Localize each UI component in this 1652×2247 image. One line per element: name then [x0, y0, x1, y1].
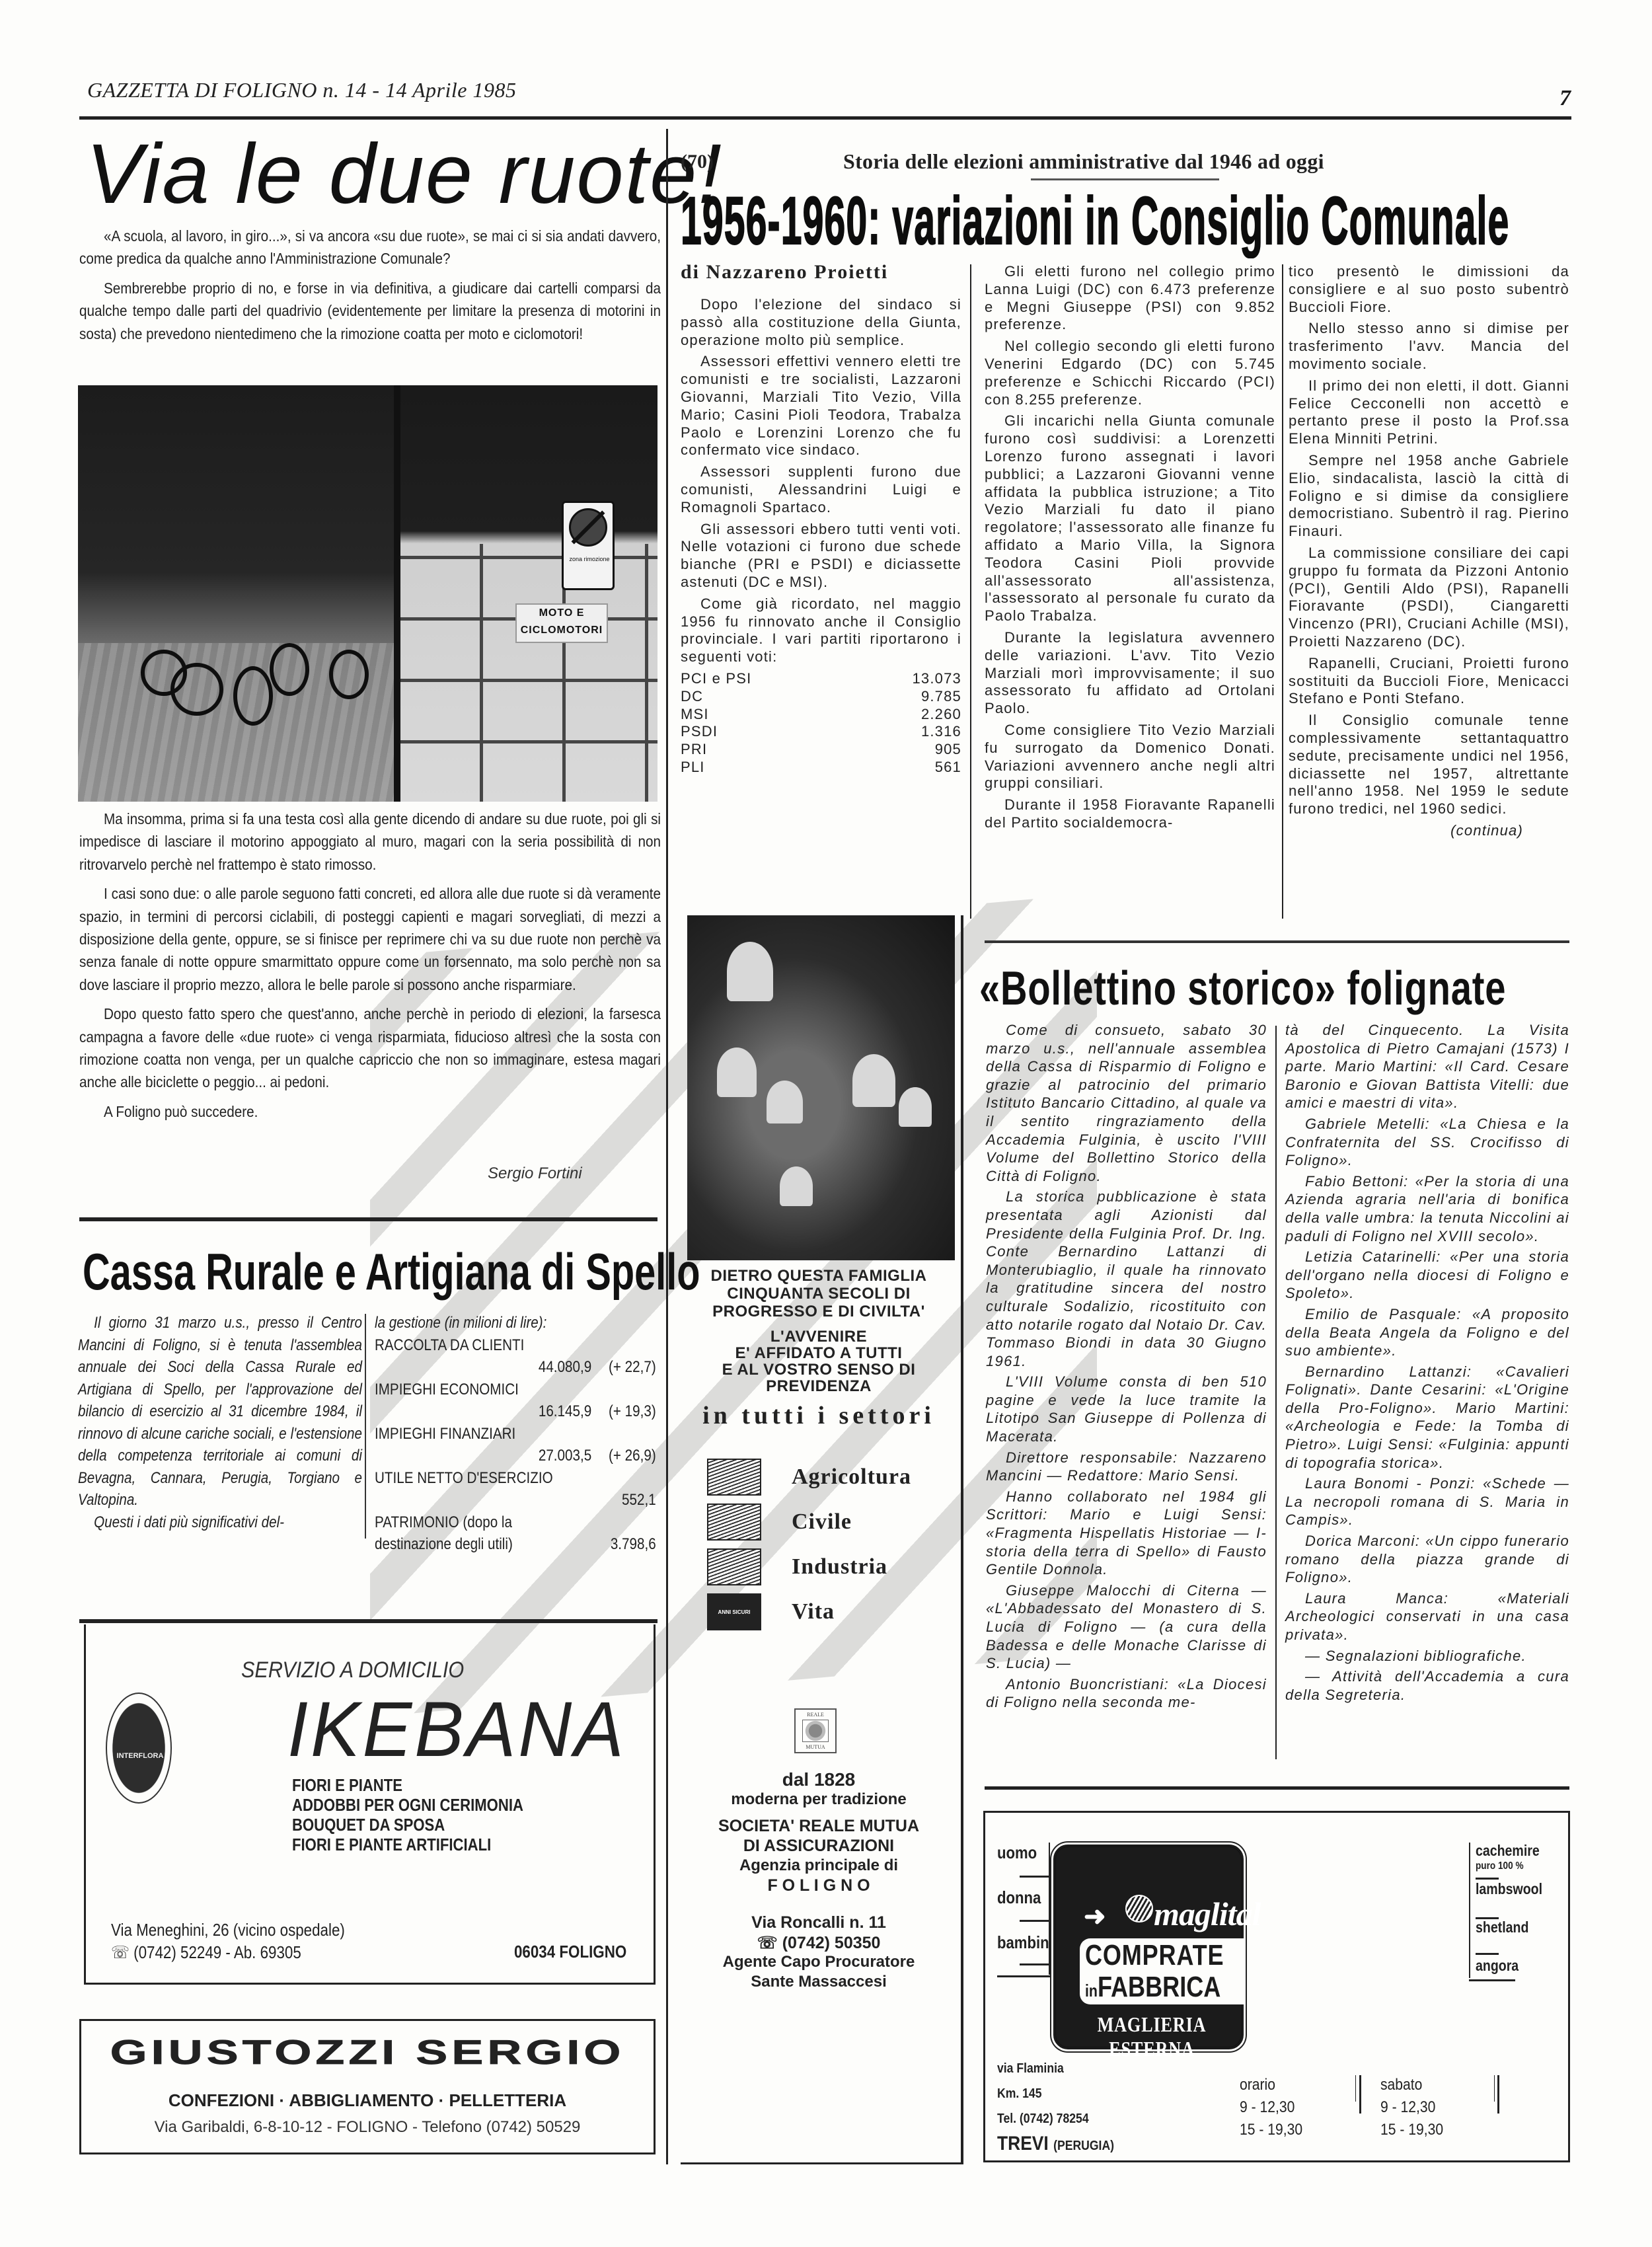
ad-service-line: SERVIZIO A DOMICILIO	[241, 1657, 464, 1683]
ad-ikebana: SERVIZIO A DOMICILIO INTERFLORA IKEBANA …	[84, 1624, 656, 1985]
paragraph: Antonio Buoncristiani: «La Diocesi di Fo…	[986, 1675, 1267, 1712]
headline-line: PROGRESSO E DI CIVILTA'	[681, 1303, 957, 1320]
sector-agricoltura: Agricoltura	[707, 1459, 911, 1496]
figure-change: (+ 22,7)	[609, 1356, 656, 1379]
hours-label: sabato	[1380, 2074, 1443, 2096]
hours-row: 15 - 19,30	[1240, 2119, 1302, 2141]
article-title-ruote: Via le due ruote!	[86, 132, 723, 217]
paragraph: Come di consueto, sabato 30 marzo u.s., …	[986, 1021, 1267, 1185]
party: PRI	[681, 741, 707, 759]
plate-line: MOTO E	[517, 605, 607, 622]
divider	[1476, 1878, 1499, 1880]
votes-row: MSI2.260	[681, 706, 961, 724]
figure-label: IMPIEGHI ECONOMICI	[375, 1379, 656, 1401]
ad-address: Via Garibaldi, 6-8-10-12 - FOLIGNO - Tel…	[81, 2118, 654, 2137]
byline: Sergio Fortini	[488, 1164, 582, 1183]
paragraph: Letizia Catarinelli: «Per una storia del…	[1285, 1248, 1569, 1303]
paragraph: Sembrerebbe proprio di no, e forse in vi…	[79, 277, 661, 345]
vote-count: 561	[935, 759, 961, 777]
figure-item: IMPIEGHI ECONOMICI 16.145,9(+ 19,3)	[375, 1379, 656, 1423]
ad-company: SOCIETA' REALE MUTUA	[681, 1817, 957, 1836]
gear-icon	[707, 1548, 761, 1585]
paragraph: — Attività dell'Accademia a cura della S…	[1285, 1667, 1569, 1704]
anni-sicuri-icon: ANNI SICURI	[707, 1593, 761, 1630]
reale-mutua-crest-icon: REALE MUTUA	[794, 1708, 837, 1753]
paragraph: Durante il 1958 Fioravante Rapanelli del…	[985, 796, 1275, 832]
party: DC	[681, 688, 703, 706]
paragraph: Dopo questo fatto spero che quest'anno, …	[79, 1003, 661, 1094]
paragraph: Emilio de Pasquale: «A proposito della B…	[1285, 1305, 1569, 1360]
paragraph: Assessori effettivi vennero eletti tre c…	[681, 353, 961, 459]
votes-row: PRI905	[681, 741, 961, 759]
figure-change: (+ 26,9)	[609, 1445, 656, 1467]
article-column-1: Come di consueto, sabato 30 marzo u.s., …	[986, 1021, 1267, 1714]
photo-mopeds-sign: zona rimozione MOTO E CICLOMOTORI	[78, 385, 657, 802]
moped-wheel-icon	[233, 666, 273, 726]
paragraph: Durante la legislatura avvennero delle v…	[985, 629, 1275, 718]
column-divider	[1282, 264, 1283, 919]
paragraph: Il Consiglio comunale tenne complessivam…	[1289, 712, 1569, 818]
list-item: uomo	[997, 1843, 1042, 1887]
ad-slogan: COMPRATE	[1085, 1941, 1224, 1970]
ad-city: F O L I G N O	[681, 1876, 957, 1895]
column-divider	[970, 264, 971, 919]
service-item: BOUQUET DA SPOSA	[292, 1815, 523, 1835]
column-divider	[666, 129, 668, 2164]
sector-label: Vita	[792, 1599, 835, 1624]
list-item: lambswool	[1476, 1881, 1549, 1919]
votes-row: PSDI1.316	[681, 723, 961, 741]
list-item: bambino	[997, 1932, 1042, 1977]
paragraph: La commissione consiliare dei capi grupp…	[1289, 545, 1569, 651]
ad-address: via Flaminia Km. 145 Tel. (0742) 78254 T…	[997, 2056, 1114, 2158]
sector-vita: ANNI SICURI Vita	[707, 1593, 835, 1630]
divider	[1020, 1963, 1049, 1965]
ad-company: DI ASSICURAZIONI	[681, 1837, 957, 1856]
ad-tagline: moderna per tradizione	[681, 1790, 957, 1809]
hours-row: 9 - 12,30	[1240, 2096, 1302, 2119]
paragraph: Giuseppe Malocchi di Citerna — «L'Abbade…	[986, 1581, 1267, 1673]
ad-services-list: FIORI E PIANTE ADDOBBI PER OGNI CERIMONI…	[292, 1775, 523, 1854]
sector-industria: Industria	[707, 1548, 887, 1585]
article-column-1: Dopo l'elezione del sindaco si passò all…	[681, 296, 961, 777]
figure-item: UTILE NETTO D'ESERCIZIO 552,1	[375, 1467, 656, 1511]
paragraph: Come consigliere Tito Vezio Marziali fu …	[985, 722, 1275, 792]
figure-head	[767, 1081, 803, 1123]
figure-item: RACCOLTA DA CLIENTI 44.080,9(+ 22,7)	[375, 1334, 656, 1379]
moped-wheel-icon	[170, 663, 223, 716]
figure-change: (+ 19,3)	[609, 1400, 656, 1423]
headline-line: PREVIDENZA	[681, 1378, 957, 1394]
divider	[1476, 1953, 1499, 1955]
party: PSDI	[681, 723, 718, 741]
service-item: FIORI E PIANTE ARTIFICIALI	[292, 1835, 523, 1854]
article-column-2: tà del Cinquecento. La Visita Apostolica…	[1285, 1021, 1569, 1706]
divider	[997, 1975, 1050, 1977]
divider	[1359, 2075, 1361, 2114]
ad-right-list: cachemirepuro 100 % lambswool shetland a…	[1476, 1843, 1561, 1996]
sectors-title: in tutti i settori	[681, 1401, 957, 1430]
paragraph: Dopo l'elezione del sindaco si passò all…	[681, 296, 961, 349]
list-item: angora	[1476, 1958, 1549, 1996]
column-divider	[365, 1314, 366, 1539]
paragraph: Gabriele Metelli: «La Chiesa e la Confra…	[1285, 1115, 1569, 1170]
paragraph: Laura Manca: «Materiali Archeologici con…	[1285, 1589, 1569, 1644]
ad-city: 06034 FOLIGNO	[514, 1942, 626, 1962]
saturday-hours: sabato 9 - 12,30 15 - 19,30	[1380, 2074, 1443, 2141]
figure-label: IMPIEGHI FINANZIARI	[375, 1423, 656, 1445]
photo-tiles	[400, 544, 657, 802]
ad-slogan: inFABBRICA	[1085, 1973, 1220, 2002]
family-house-icon	[707, 1504, 761, 1541]
paragraph: I casi sono due: o alle parole seguono f…	[79, 882, 661, 996]
ad-agent-name: Sante Massaccesi	[681, 1973, 957, 1991]
series-number: (70)	[681, 151, 714, 173]
party: PLI	[681, 759, 705, 777]
paragraph: — Segnalazioni bibliografiche.	[1285, 1647, 1569, 1665]
ad-brand: GIUSTOZZI SERGIO	[81, 2036, 654, 2070]
paragraph: tà del Cinquecento. La Visita Apostolica…	[1285, 1021, 1569, 1112]
votes-row: DC9.785	[681, 688, 961, 706]
article-headline-elezioni: 1956-1960: variazioni in Consiglio Comun…	[681, 187, 1509, 254]
family-photo	[687, 915, 955, 1260]
header-rule	[79, 116, 1571, 120]
paragraph: Direttore responsabile: Nazzareno Mancin…	[986, 1449, 1267, 1485]
figure-head	[717, 1047, 757, 1097]
headline-line: E AL VOSTRO SENSO DI	[681, 1361, 957, 1378]
paragraph: Rapanelli, Cruciani, Proietti furono sos…	[1289, 655, 1569, 708]
paragraph: tico presentò le dimissioni da consiglie…	[1289, 263, 1569, 316]
list-item: donna	[997, 1887, 1042, 1932]
divider	[1497, 2075, 1499, 2114]
article-column-3: tico presentò le dimissioni da consiglie…	[1289, 263, 1569, 840]
address-line: Via Meneghini, 26 (vicino ospedale)	[111, 1919, 345, 1941]
figure-item: IMPIEGHI FINANZIARI 27.003,5(+ 26,9)	[375, 1423, 656, 1467]
ad-maglital: uomo donna bambino ➜ maglital COMPRATE i…	[983, 1811, 1570, 2162]
paragraph: Nel collegio secondo gli eletti furono V…	[985, 338, 1275, 408]
paragraph: Gli incarichi nella Giunta comunale furo…	[985, 412, 1275, 625]
photo-divider	[394, 385, 400, 802]
moped-wheel-icon	[270, 643, 309, 696]
plate-line: CICLOMOTORI	[517, 622, 607, 639]
ad-left-list: uomo donna bambino	[997, 1843, 1050, 1977]
divider	[1476, 1917, 1499, 1919]
votes-row: PLI561	[681, 759, 961, 777]
address-line: Km. 145	[997, 2081, 1114, 2106]
continued-marker: (continua)	[1289, 822, 1569, 840]
vote-count: 13.073	[913, 670, 962, 688]
paragraph: «A scuola, al lavoro, in giro...», si va…	[79, 225, 661, 270]
ad-giustozzi: GIUSTOZZI SERGIO CONFEZIONI · ABBIGLIAME…	[79, 2019, 656, 2154]
column-divider	[1275, 1026, 1277, 1759]
paragraph: A Foligno può succedere.	[79, 1100, 661, 1123]
byline: di Nazzareno Proietti	[681, 261, 888, 284]
ad-product: MAGLIERIA ESTERNA	[1084, 2012, 1220, 2061]
list-item: cachemirepuro 100 %	[1476, 1843, 1549, 1881]
kicker-rule	[1031, 178, 1219, 180]
paragraph: Gli eletti furono nel collegio primo Lan…	[985, 263, 1275, 334]
figure-value: 3.798,6	[611, 1533, 656, 1556]
paragraph: Fabio Bettoni: «Per la storia di una Azi…	[1285, 1172, 1569, 1245]
article-title-bollettino: «Bollettino storico» folignate	[979, 965, 1506, 1012]
divider	[1020, 1876, 1049, 1878]
masthead: GAZZETTA DI FOLIGNO n. 14 - 14 Aprile 19…	[87, 78, 516, 102]
service-item: ADDOBBI PER OGNI CERIMONIA	[292, 1795, 523, 1815]
divider	[1469, 1979, 1515, 1981]
figure-head	[780, 1166, 813, 1206]
paragraph: L'VIII Volume consta di ben 510 pagine e…	[986, 1373, 1267, 1445]
ad-headline: DIETRO QUESTA FAMIGLIA CINQUANTA SECOLI …	[681, 1267, 957, 1320]
votes-table: PCI e PSI13.073 DC9.785 MSI2.260 PSDI1.3…	[681, 670, 961, 777]
paragraph: Hanno collaborato nel 1984 gli Scrittori…	[986, 1488, 1267, 1579]
headline-line: E' AFFIDATO A TUTTI	[681, 1345, 957, 1361]
opening-hours: orario 9 - 12,30 15 - 19,30	[1240, 2074, 1302, 2141]
paragraph: Gli assessori ebbero tutti venti voti. N…	[681, 521, 961, 591]
article-title-cassa: Cassa Rurale e Artigiana di Spello	[83, 1246, 700, 1297]
figure-head	[899, 1087, 932, 1127]
sign-text: zona rimozione	[565, 556, 614, 562]
phone-line: Tel. (0742) 78254	[997, 2106, 1114, 2131]
vote-count: 1.316	[921, 723, 961, 741]
ad-categories: CONFEZIONI · ABBIGLIAMENTO · PELLETTERIA	[81, 2090, 654, 2111]
headline-line: L'AVVENIRE	[681, 1328, 957, 1345]
paragraph: Sempre nel 1958 anche Gabriele Elio, sin…	[1289, 452, 1569, 541]
ad-brand: IKEBANA	[287, 1691, 626, 1769]
figures-lead: la gestione (in milioni di lire):	[375, 1312, 656, 1334]
sector-label: Industria	[792, 1554, 887, 1580]
vote-count: 2.260	[921, 706, 961, 724]
ad-address: Via Meneghini, 26 (vicino ospedale) ☏ (0…	[111, 1919, 345, 1963]
list-item: shetland	[1476, 1919, 1549, 1958]
cassa-figures: la gestione (in milioni di lire): RACCOL…	[375, 1312, 656, 1556]
article-body-cassa: Il giorno 31 marzo u.s., presso il Centr…	[78, 1312, 362, 1533]
ad-agent-role: Agente Capo Procuratore	[681, 1953, 957, 1971]
figure-head	[727, 942, 773, 1001]
figure-value: 16.145,9	[539, 1400, 591, 1423]
paragraph: Nello stesso anno si dimise per trasferi…	[1289, 320, 1569, 373]
divider	[1049, 1843, 1050, 1975]
ad-address: Via Roncalli n. 11	[681, 1913, 957, 1932]
sector-label: Civile	[792, 1509, 852, 1535]
article-body-ruote: Ma insomma, prima si fa una testa così a…	[79, 808, 661, 1129]
ad-phone: ☏ (0742) 50350	[681, 1933, 957, 1953]
figure-label: PATRIMONIO (dopo la destinazione degli u…	[375, 1511, 568, 1556]
figure-head	[852, 1054, 895, 1107]
section-rule	[79, 1619, 657, 1623]
section-rule	[985, 1786, 1569, 1790]
paragraph: Come già ricordato, nel maggio 1956 fu r…	[681, 595, 961, 666]
article-intro-ruote: «A scuola, al lavoro, in giro...», si va…	[79, 225, 661, 352]
headline-line: DIETRO QUESTA FAMIGLIA	[681, 1267, 957, 1285]
party: PCI e PSI	[681, 670, 751, 688]
vote-count: 905	[935, 741, 961, 759]
maglital-logo-box: ➜ maglital COMPRATE inFABBRICA MAGLIERIA…	[1053, 1845, 1244, 2049]
paragraph: Ma insomma, prima si fa una testa così a…	[79, 808, 661, 876]
service-item: FIORI E PIANTE	[292, 1775, 523, 1795]
paragraph: Dorica Marconi: «Un cippo funerario roma…	[1285, 1532, 1569, 1587]
agriculture-icon	[707, 1459, 761, 1496]
sector-civile: Civile	[707, 1504, 852, 1541]
headline-line: CINQUANTA SECOLI DI	[681, 1285, 957, 1303]
city-line: TREVI (PERUGIA)	[997, 2131, 1114, 2158]
section-rule	[985, 940, 1569, 943]
vote-count: 9.785	[921, 688, 961, 706]
moped-wheel-icon	[329, 650, 369, 699]
paragraph: Bernardino Lattanzi: «Cavalieri Folignat…	[1285, 1363, 1569, 1472]
hours-row: 9 - 12,30	[1380, 2096, 1443, 2119]
paragraph: Laura Bonomi - Ponzi: «Schede — La necro…	[1285, 1474, 1569, 1529]
address-line: via Flaminia	[997, 2056, 1114, 2081]
figure-value: 552,1	[622, 1489, 656, 1511]
party: MSI	[681, 706, 709, 724]
paragraph: Il primo dei non eletti, il dott. Gianni…	[1289, 377, 1569, 448]
sector-label: Agricoltura	[792, 1465, 911, 1490]
ad-subheadline: L'AVVENIRE E' AFFIDATO A TUTTI E AL VOST…	[681, 1328, 957, 1394]
hours-row: 15 - 19,30	[1380, 2119, 1443, 2141]
paragraph: Assessori supplenti furono due comunisti…	[681, 463, 961, 516]
divider	[1020, 1920, 1049, 1922]
figure-item: PATRIMONIO (dopo la destinazione degli u…	[375, 1511, 656, 1556]
ad-reale-mutua: DIETRO QUESTA FAMIGLIA CINQUANTA SECOLI …	[681, 915, 963, 2164]
paragraph: Questi i dati più significativi del-	[78, 1511, 362, 1534]
interflora-logo-icon: INTERFLORA	[106, 1693, 172, 1804]
page-number: 7	[1559, 86, 1571, 111]
arrow-right-icon: ➜	[1084, 1901, 1106, 1932]
yarn-ball-icon	[1125, 1895, 1153, 1923]
paragraph: Il giorno 31 marzo u.s., presso il Centr…	[78, 1312, 362, 1511]
phone-line: ☏ (0742) 52249 - Ab. 69305	[111, 1941, 345, 1963]
figure-label: RACCOLTA DA CLIENTI	[375, 1334, 656, 1357]
newspaper-page: GAZZETTA DI FOLIGNO n. 14 - 14 Aprile 19…	[0, 0, 1652, 2247]
hours-label: orario	[1240, 2074, 1302, 2096]
ad-agency: Agenzia principale di	[681, 1856, 957, 1875]
ad-brand: maglital	[1154, 1895, 1260, 1933]
figure-label: UTILE NETTO D'ESERCIZIO	[375, 1467, 656, 1490]
no-parking-sign-icon: zona rimozione	[562, 501, 615, 590]
votes-row: PCI e PSI13.073	[681, 670, 961, 688]
section-rule	[79, 1217, 657, 1221]
ad-since: dal 1828	[681, 1769, 957, 1790]
sign-plate: MOTO E CICLOMOTORI	[515, 603, 608, 643]
article-column-2: Gli eletti furono nel collegio primo Lan…	[985, 263, 1275, 836]
series-kicker: Storia delle elezioni amministrative dal…	[843, 149, 1324, 174]
figure-value: 44.080,9	[539, 1356, 591, 1379]
figure-value: 27.003,5	[539, 1445, 591, 1467]
paragraph: La storica pubblicazione è stata present…	[986, 1188, 1267, 1370]
divider	[1469, 1843, 1470, 1978]
